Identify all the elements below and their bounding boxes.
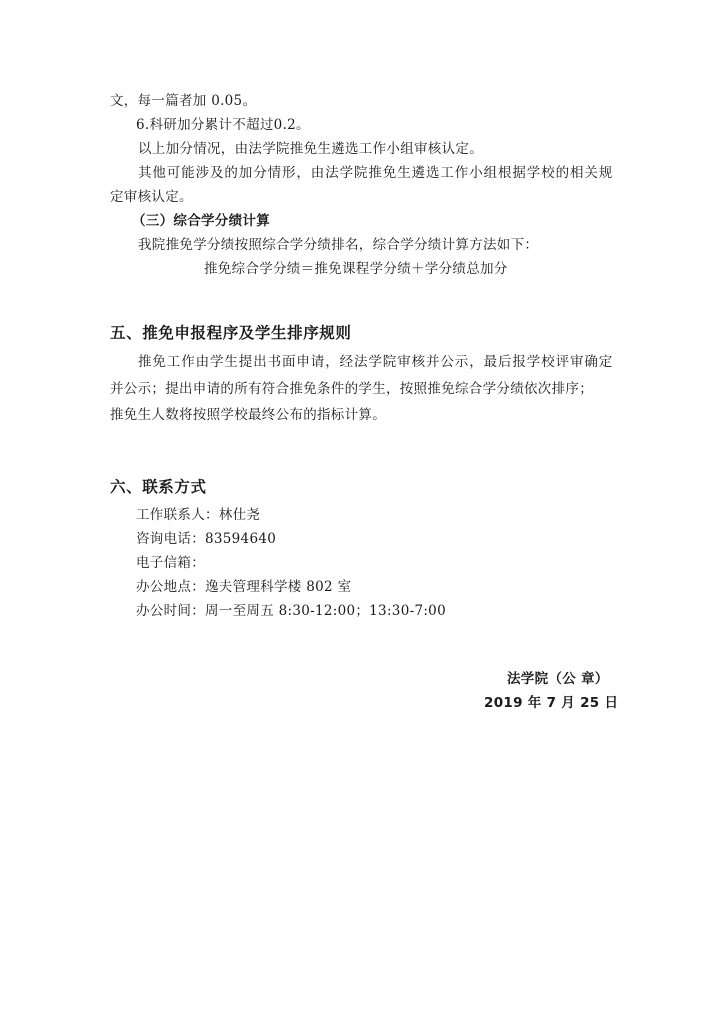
section-5-para-line-1: 推免工作由学生提出书面申请，经法学院审核并公示，最后报学校评审确定 xyxy=(138,353,613,371)
section-6-title: 六、联系方式 xyxy=(110,478,207,496)
text-item-6: 6.科研加分累计不超过0.2。 xyxy=(136,116,310,134)
section-5-para-line-3: 推免生人数将按照学校最终公布的指标计算。 xyxy=(110,406,386,424)
signature-date: 2019 年 7 月 25 日 xyxy=(484,694,618,712)
text-note-1: 以上加分情况，由法学院推免生遴选工作小组审核认定。 xyxy=(138,140,483,158)
text-sub3-intro: 我院推免学分绩按照综合学分绩排名，综合学分绩计算方法如下： xyxy=(138,236,538,254)
text-line-continuation: 文，每一篇者加 0.05。 xyxy=(110,92,256,110)
text-note-2-line-1: 其他可能涉及的加分情形，由法学院推免生遴选工作小组根据学校的相关规 xyxy=(138,164,613,182)
office-location: 办公地点：逸夫管理科学楼 802 室 xyxy=(136,578,351,596)
section-5-title: 五、推免申报程序及学生排序规则 xyxy=(110,324,352,342)
section-5-para-line-2: 并公示；提出申请的所有符合推免条件的学生，按照推免综合学分绩依次排序； xyxy=(110,380,593,398)
contact-person: 工作联系人：林仕尧 xyxy=(136,506,260,524)
contact-email: 电子信箱： xyxy=(136,554,205,572)
text-formula: 推免综合学分绩＝推免课程学分绩＋学分绩总加分 xyxy=(204,260,508,278)
contact-phone: 咨询电话：83594640 xyxy=(136,530,276,548)
signature-org: 法学院（公 章） xyxy=(507,670,609,688)
office-hours: 办公时间：周一至周五 8:30-12:00；13:30-7:00 xyxy=(136,602,446,620)
subsection-title: （三）综合学分绩计算 xyxy=(132,212,270,230)
text-note-2-line-2: 定审核认定。 xyxy=(110,188,193,206)
document-page: 文，每一篇者加 0.05。 6.科研加分累计不超过0.2。 以上加分情况，由法学… xyxy=(0,0,724,1024)
